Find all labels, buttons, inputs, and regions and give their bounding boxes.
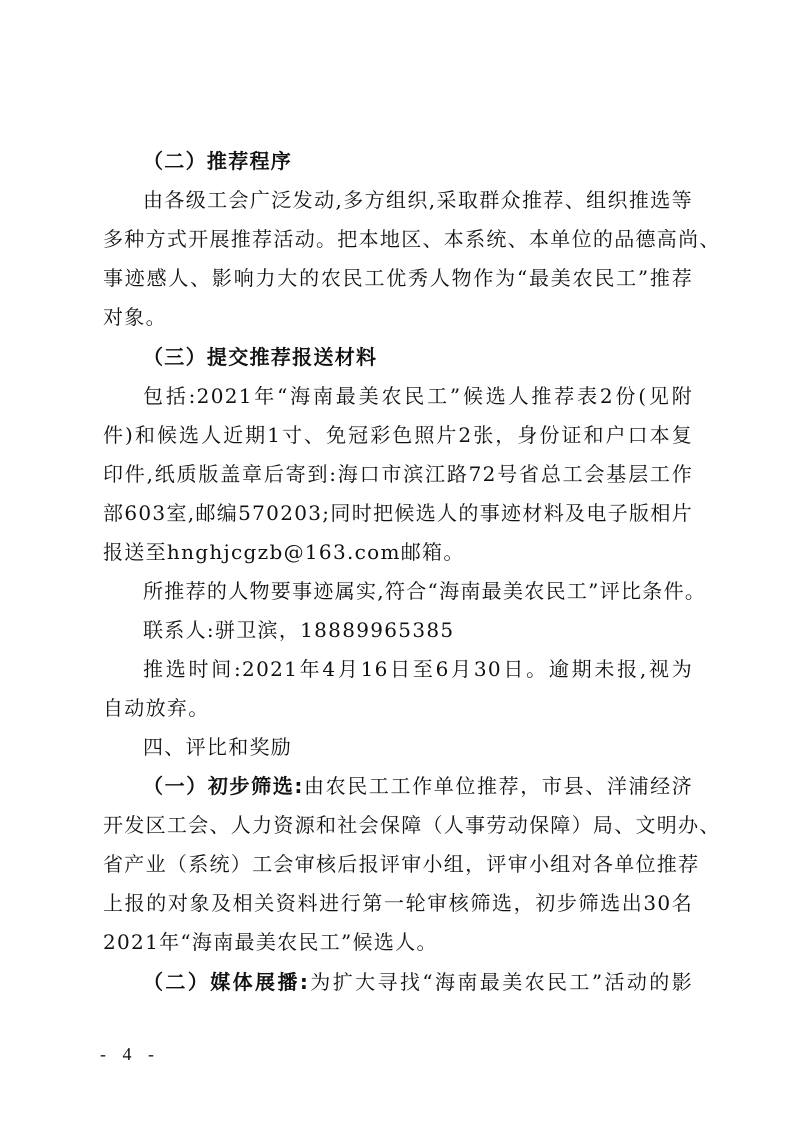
paragraph-line: 省产业（系统）工会审核后报评审小组，评审小组对各单位推荐	[103, 850, 693, 878]
subheading-preliminary-screening: （一）初步筛选:	[143, 774, 304, 798]
paragraph-line: 对象。	[103, 303, 693, 331]
section-heading-submit-materials: （三）提交推荐报送材料	[143, 343, 693, 371]
paragraph-line: 开发区工会、人力资源和社会保障（人事劳动保障）局、文明办、	[103, 811, 693, 839]
subheading-media-broadcast: （二）媒体展播:	[143, 970, 309, 994]
paragraph-line: 包括:2021年“海南最美农民工”候选人推荐表2份(见附	[143, 382, 693, 410]
paragraph-line-preliminary-screening: （一）初步筛选:由农民工工作单位推荐，市县、洋浦经济	[143, 772, 693, 800]
paragraph-line: 上报的对象及相关资料进行第一轮审核筛选，初步筛选出30名	[103, 889, 693, 917]
paragraph-line: 多种方式开展推荐活动。把本地区、本系统、本单位的品德高尚、	[103, 225, 693, 253]
paragraph-line: 件)和候选人近期1寸、免冠彩色照片2张，身份证和户口本复	[103, 421, 693, 449]
paragraph-line: 印件,纸质版盖章后寄到:海口市滨江路72号省总工会基层工作	[103, 460, 693, 488]
paragraph-line: 部603室,邮编570203;同时把候选人的事迹材料及电子版相片	[103, 499, 693, 527]
paragraph-text: 为扩大寻找“海南最美农民工”活动的影	[309, 970, 693, 994]
paragraph-line: 由各级工会广泛发动,多方组织,采取群众推荐、组织推选等	[143, 186, 693, 214]
requirement-note: 所推荐的人物要事迹属实,符合“海南最美农民工”评比条件。	[143, 577, 693, 605]
page-number: - 4 -	[100, 1044, 160, 1065]
selection-time-line: 推选时间:2021年4月16日至6月30日。逾期未报,视为	[143, 655, 693, 683]
paragraph-text: 由农民工工作单位推荐，市县、洋浦经济	[304, 774, 693, 798]
section-heading-recommendation-procedure: （二）推荐程序	[143, 147, 693, 175]
paragraph-line: 事迹感人、影响力大的农民工优秀人物作为“最美农民工”推荐	[103, 264, 693, 292]
contact-line: 联系人:骈卫滨，18889965385	[143, 616, 693, 644]
email-line: 报送至hnghjcgzb@163.com邮箱。	[103, 538, 693, 566]
paragraph-line-media-broadcast: （二）媒体展播:为扩大寻找“海南最美农民工”活动的影	[143, 968, 693, 996]
selection-time-line: 自动放弃。	[103, 694, 693, 722]
section-heading-evaluation-awards: 四、评比和奖励	[143, 733, 693, 761]
document-page: （二）推荐程序 由各级工会广泛发动,多方组织,采取群众推荐、组织推选等 多种方式…	[0, 0, 793, 1122]
paragraph-line: 2021年“海南最美农民工”候选人。	[103, 928, 693, 956]
